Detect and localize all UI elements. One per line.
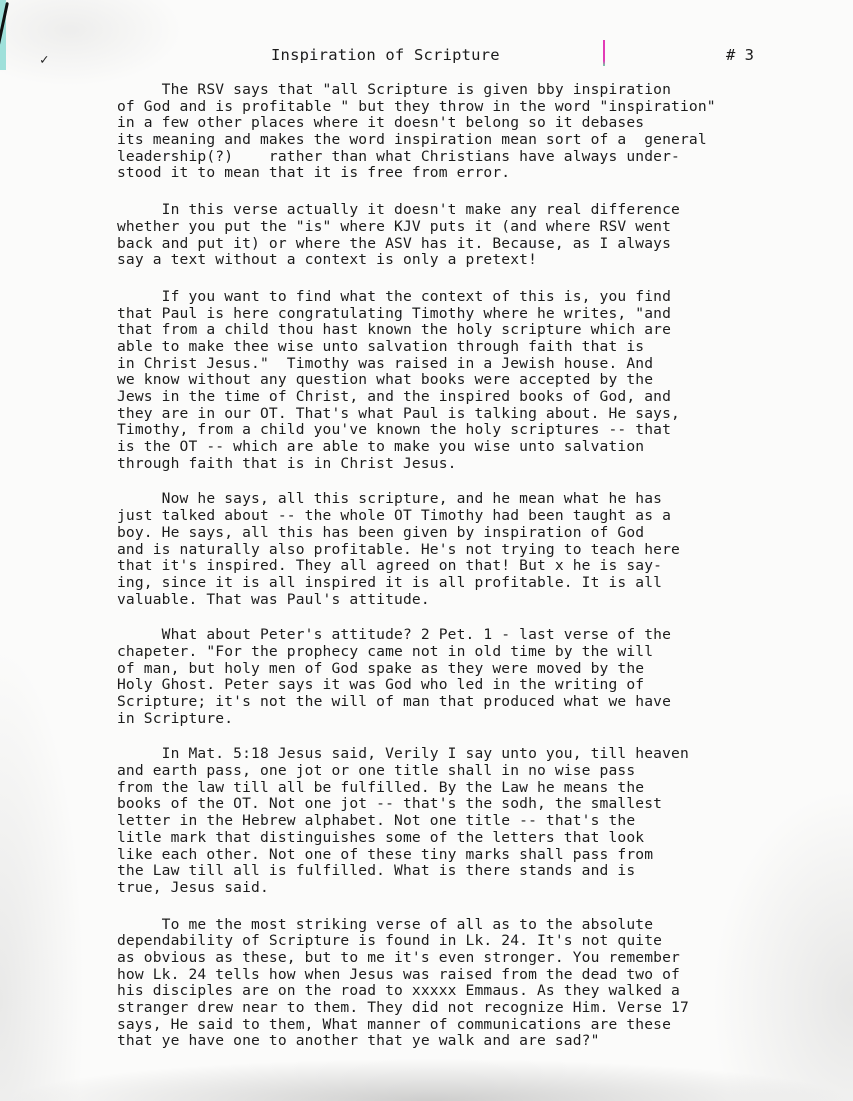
paragraph: What about Peter's attitude? 2 Pet. 1 - … [117, 627, 817, 727]
text-line: books of the OT. Not one jot -- that's t… [117, 796, 817, 813]
text-line: that it's inspired. They all agreed on t… [117, 558, 817, 575]
text-line: letter in the Hebrew alphabet. Not one t… [117, 813, 817, 830]
text-line: Now he says, all this scripture, and he … [117, 491, 817, 508]
text-line: In this verse actually it doesn't make a… [117, 202, 817, 219]
text-line: stood it to mean that it is free from er… [117, 165, 817, 182]
text-line: leadership(?) rather than what Christian… [117, 149, 817, 166]
text-line: dependability of Scripture is found in L… [117, 933, 817, 950]
text-line: In Mat. 5:18 Jesus said, Verily I say un… [117, 746, 817, 763]
text-line: and earth pass, one jot or one title sha… [117, 763, 817, 780]
page-header: Inspiration of Scripture # 3 [0, 46, 853, 70]
text-line: stranger drew near to them. They did not… [117, 1000, 817, 1017]
text-line: ing, since it is all inspired it is all … [117, 575, 817, 592]
paragraph: To me the most striking verse of all as … [117, 917, 817, 1051]
text-line: as obvious as these, but to me it's even… [117, 950, 817, 967]
text-line: whether you put the "is" where KJV puts … [117, 219, 817, 236]
text-line: able to make thee wise unto salvation th… [117, 339, 817, 356]
text-line: in Christ Jesus." Timothy was raised in … [117, 356, 817, 373]
text-line: its meaning and makes the word inspirati… [117, 132, 817, 149]
text-line: Scripture; it's not the will of man that… [117, 694, 817, 711]
document-body: The RSV says that "all Scripture is give… [117, 82, 817, 1069]
text-line: Holy Ghost. Peter says it was God who le… [117, 677, 817, 694]
text-line: say a text without a context is only a p… [117, 252, 817, 269]
text-line: Jews in the time of Christ, and the insp… [117, 389, 817, 406]
text-line: To me the most striking verse of all as … [117, 917, 817, 934]
text-line: litle mark that distinguishes some of th… [117, 830, 817, 847]
text-line: says, He said to them, What manner of co… [117, 1017, 817, 1034]
text-line: that from a child thou hast known the ho… [117, 322, 817, 339]
text-line: of man, but holy men of God spake as the… [117, 661, 817, 678]
text-line: boy. He says, all this has been given by… [117, 525, 817, 542]
text-line: from the law till all be fulfilled. By t… [117, 780, 817, 797]
text-line: his disciples are on the road to xxxxx E… [117, 983, 817, 1000]
text-line: that Paul is here congratulating Timothy… [117, 306, 817, 323]
paragraph: The RSV says that "all Scripture is give… [117, 82, 817, 182]
text-line: of God and is profitable " but they thro… [117, 99, 817, 116]
document-title: Inspiration of Scripture [271, 46, 500, 64]
text-line: true, Jesus said. [117, 880, 817, 897]
text-line: back and put it) or where the ASV has it… [117, 236, 817, 253]
text-line: in a few other places where it doesn't b… [117, 115, 817, 132]
page-number: # 3 [726, 46, 754, 64]
paragraph: In Mat. 5:18 Jesus said, Verily I say un… [117, 746, 817, 896]
paragraph: If you want to find what the context of … [117, 289, 817, 473]
text-line: If you want to find what the context of … [117, 289, 817, 306]
text-line: just talked about -- the whole OT Timoth… [117, 508, 817, 525]
text-line: valuable. That was Paul's attitude. [117, 592, 817, 609]
text-line: and is naturally also profitable. He's n… [117, 542, 817, 559]
text-line: is the OT -- which are able to make you … [117, 439, 817, 456]
text-line: What about Peter's attitude? 2 Pet. 1 - … [117, 627, 817, 644]
text-line: like each other. Not one of these tiny m… [117, 847, 817, 864]
text-line: through faith that is in Christ Jesus. [117, 456, 817, 473]
paragraph: Now he says, all this scripture, and he … [117, 491, 817, 608]
paragraph: In this verse actually it doesn't make a… [117, 202, 817, 269]
text-line: in Scripture. [117, 711, 817, 728]
text-line: Timothy, from a child you've known the h… [117, 422, 817, 439]
text-line: they are in our OT. That's what Paul is … [117, 406, 817, 423]
text-line: chapeter. "For the prophecy came not in … [117, 644, 817, 661]
text-line: The RSV says that "all Scripture is give… [117, 82, 817, 99]
text-line: how Lk. 24 tells how when Jesus was rais… [117, 967, 817, 984]
text-line: we know without any question what books … [117, 372, 817, 389]
text-line: the Law till all is fulfilled. What is t… [117, 863, 817, 880]
text-line: that ye have one to another that ye walk… [117, 1033, 817, 1050]
